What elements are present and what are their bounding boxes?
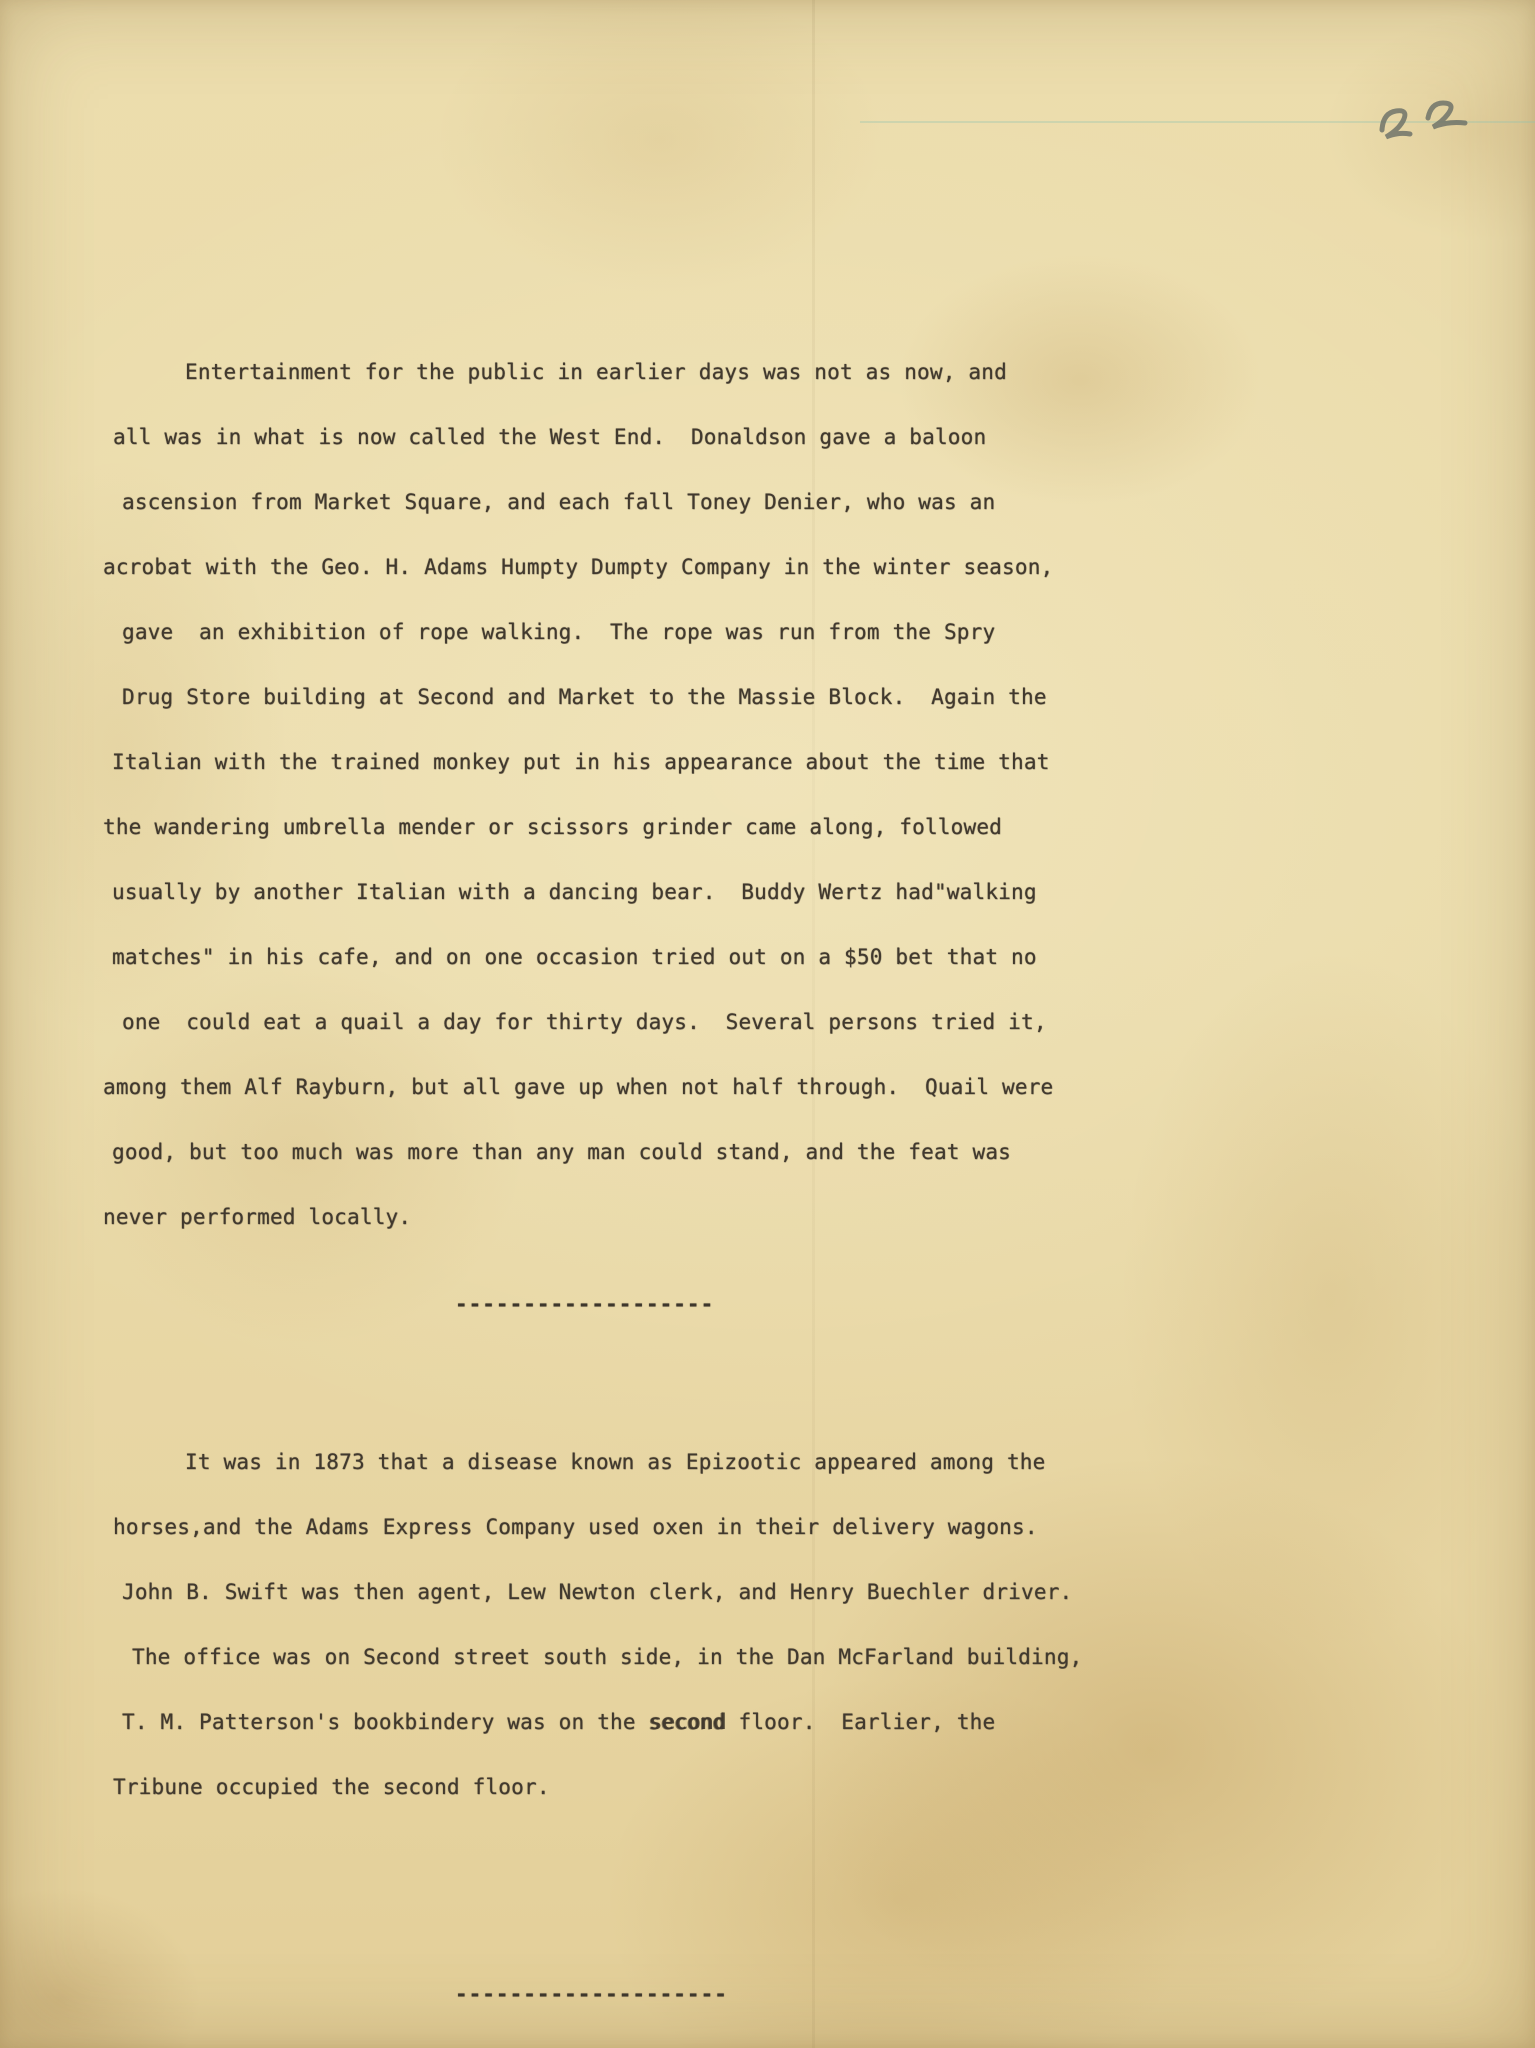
typed-text-segment: T. M. Patterson's bookbindery was on the bbox=[122, 1710, 649, 1734]
typed-line: the wandering umbrella mender or scissor… bbox=[100, 795, 1053, 860]
typed-line: never performed locally. bbox=[100, 1185, 1053, 1250]
document-page: Entertainment for the public in earlier … bbox=[0, 0, 1535, 2048]
typed-line: It was in 1873 that a disease known as E… bbox=[100, 1430, 1082, 1495]
typed-line: Entertainment for the public in earlier … bbox=[100, 340, 1053, 405]
typed-line: usually by another Italian with a dancin… bbox=[100, 860, 1053, 925]
typed-line: among them Alf Rayburn, but all gave up … bbox=[100, 1055, 1053, 1120]
typed-line: The office was on Second street south si… bbox=[100, 1625, 1082, 1690]
typed-separator-dashes: ------------------- bbox=[455, 1292, 714, 1316]
typed-line: ascension from Market Square, and each f… bbox=[100, 470, 1053, 535]
typed-line: horses,and the Adams Express Company use… bbox=[100, 1495, 1082, 1560]
typed-line: Tribune occupied the second floor. bbox=[100, 1755, 1082, 1820]
typed-line: John B. Swift was then agent, Lew Newton… bbox=[100, 1560, 1082, 1625]
typed-line: Drug Store building at Second and Market… bbox=[100, 665, 1053, 730]
typed-text-segment: floor. Earlier, the bbox=[726, 1710, 996, 1734]
overstruck-word: second bbox=[649, 1710, 726, 1734]
typed-line: T. M. Patterson's bookbindery was on the… bbox=[100, 1690, 1082, 1755]
typed-line: matches" in his cafe, and on one occasio… bbox=[100, 925, 1053, 990]
typed-line: acrobat with the Geo. H. Adams Humpty Du… bbox=[100, 535, 1053, 600]
typed-line: good, but too much was more than any man… bbox=[100, 1120, 1053, 1185]
typed-line: Italian with the trained monkey put in h… bbox=[100, 730, 1053, 795]
typed-line: gave an exhibition of rope walking. The … bbox=[100, 600, 1053, 665]
typed-line: all was in what is now called the West E… bbox=[100, 405, 1053, 470]
typed-separator-dashes: -------------------- bbox=[455, 1982, 728, 2006]
page-number-pencil bbox=[1360, 82, 1490, 162]
paragraph-entertainment: Entertainment for the public in earlier … bbox=[100, 340, 1053, 1250]
paragraph-epizootic: It was in 1873 that a disease known as E… bbox=[100, 1430, 1082, 1820]
typed-line: one could eat a quail a day for thirty d… bbox=[100, 990, 1053, 1055]
